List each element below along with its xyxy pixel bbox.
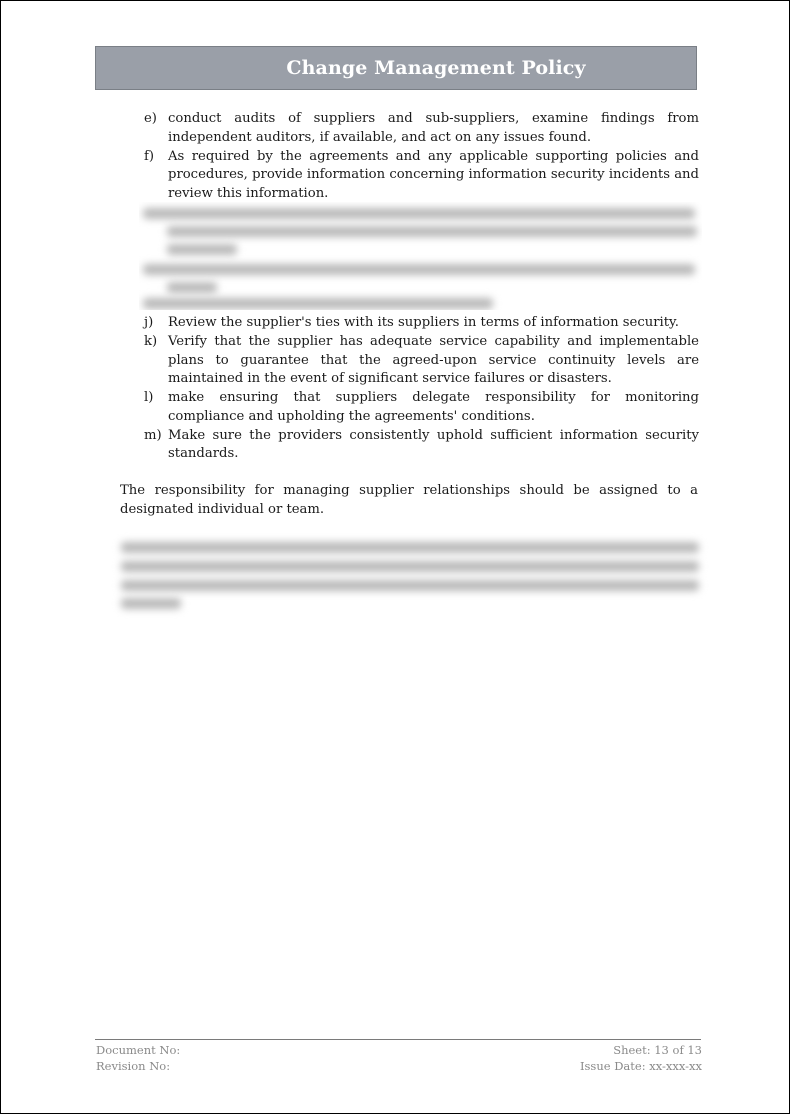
list-marker: m) (144, 427, 168, 464)
list-item-text: Review the supplier's ties with its supp… (168, 314, 699, 333)
issue-date: Issue Date: xx-xxx-xx (580, 1058, 702, 1074)
list-top: e) conduct audits of suppliers and sub-s… (144, 110, 699, 204)
list-item-text: Make sure the providers consistently uph… (168, 427, 699, 464)
list-marker: l) (144, 389, 168, 426)
sheet-number: Sheet: 13 of 13 (613, 1042, 702, 1058)
footer-divider (95, 1039, 701, 1040)
list-item-text: Verify that the supplier has adequate se… (168, 333, 699, 389)
list-marker: f) (144, 148, 168, 204)
list-marker: j) (144, 314, 168, 333)
list-bottom: j) Review the supplier's ties with its s… (144, 314, 699, 464)
blurred-list-items (139, 202, 702, 310)
list-item: m) Make sure the providers consistently … (144, 427, 699, 464)
list-item: l) make ensuring that suppliers delegate… (144, 389, 699, 426)
list-marker: e) (144, 110, 168, 147)
revision-number-label: Revision No: (96, 1058, 170, 1074)
document-page: Change Management Policy e) conduct audi… (0, 0, 790, 1114)
header-bar: Change Management Policy (95, 46, 697, 90)
blurred-paragraph (117, 536, 703, 612)
list-item-text: As required by the agreements and any ap… (168, 148, 699, 204)
footer: Document No: Sheet: 13 of 13 Revision No… (96, 1042, 702, 1074)
list-item: j) Review the supplier's ties with its s… (144, 314, 699, 333)
page-title: Change Management Policy (206, 57, 585, 79)
body-paragraph: The responsibility for managing supplier… (120, 482, 698, 519)
document-number-label: Document No: (96, 1042, 180, 1058)
list-item: e) conduct audits of suppliers and sub-s… (144, 110, 699, 147)
list-marker: k) (144, 333, 168, 389)
list-item-text: conduct audits of suppliers and sub-supp… (168, 110, 699, 147)
list-item-text: make ensuring that suppliers delegate re… (168, 389, 699, 426)
list-item: k) Verify that the supplier has adequate… (144, 333, 699, 389)
list-item: f) As required by the agreements and any… (144, 148, 699, 204)
